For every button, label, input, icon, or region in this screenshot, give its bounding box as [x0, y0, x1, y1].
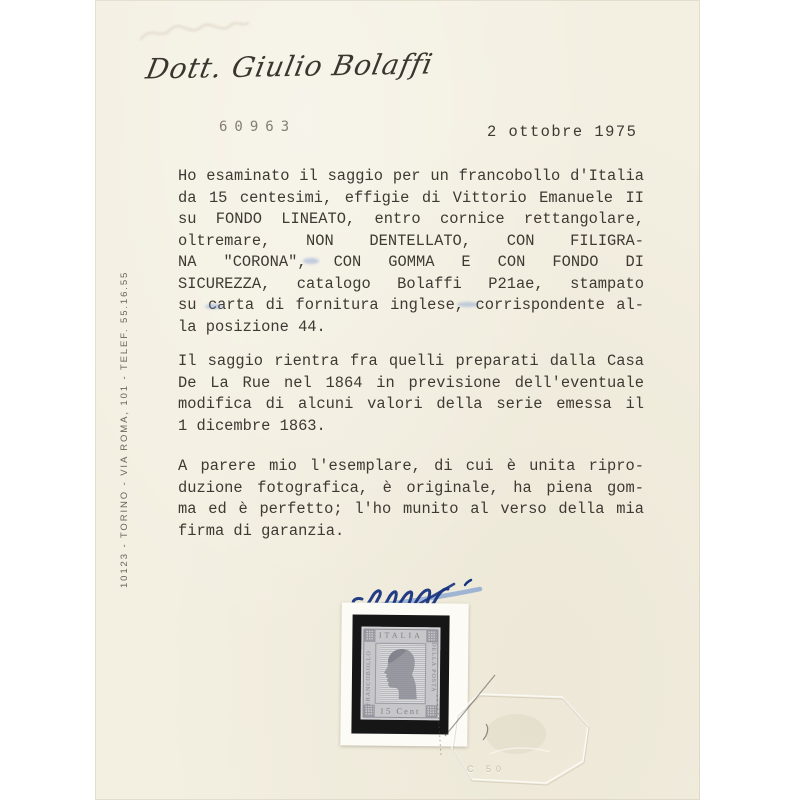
body-line: la posizione 44. — [178, 317, 644, 339]
letterhead-address-vertical: 10123 - TORINO - VIA ROMA, 101 - TELEF. … — [119, 271, 130, 588]
body-line: NA "CORONA", CON GOMMA E CON FONDO DI — [178, 252, 644, 274]
embossed-seal-text: C 50 — [467, 764, 506, 774]
stamp-corner-ornament — [426, 630, 437, 642]
certificate-paper: Dott. Giulio Bolaffi 60963 2 ottobre 197… — [95, 0, 700, 800]
certificate-number: 60963 — [219, 119, 296, 135]
scanned-certificate: Dott. Giulio Bolaffi 60963 2 ottobre 197… — [0, 0, 800, 800]
body-line: Il saggio rientra fra quelli preparati d… — [178, 351, 644, 373]
stamp-corner-ornament — [364, 705, 375, 717]
body-line: A parere mio l'esemplare, di cui è unita… — [178, 456, 644, 478]
certificate-date: 2 ottobre 1975 — [487, 123, 637, 141]
faint-pencil-mark — [135, 15, 255, 51]
stamp-left-label: FRANCOBOLLO — [366, 650, 373, 705]
body-line: duzione fotografica, è originale, ha pie… — [178, 478, 644, 500]
letterhead-name: Dott. Giulio Bolaffi — [143, 48, 436, 86]
body-line: ma ed è perfetto; l'ho munito al verso d… — [178, 499, 644, 521]
stamp-corner-ornament — [364, 630, 375, 642]
body-line: su FONDO LINEATO, entro cornice rettango… — [178, 209, 644, 231]
stamp-country-label: ITALIA — [375, 631, 426, 641]
body-paragraph-2: Il saggio rientra fra quelli preparati d… — [178, 351, 644, 437]
body-line: De La Rue nel 1864 in previsione dell'ev… — [178, 373, 644, 395]
pencil-scan-marks — [415, 648, 525, 763]
body-paragraph-1: Ho esaminato il saggio per un francoboll… — [178, 166, 644, 338]
body-line: Ho esaminato il saggio per un francoboll… — [178, 166, 644, 188]
body-line: da 15 centesimi, effigie di Vittorio Ema… — [178, 188, 644, 210]
body-line: modifica di alcuni valori della serie em… — [178, 394, 644, 416]
ink-smudge — [303, 258, 319, 264]
body-line: firma di garanzia. — [178, 521, 644, 543]
body-paragraph-3: A parere mio l'esemplare, di cui è unita… — [178, 456, 644, 542]
ink-smudge — [205, 304, 223, 309]
body-line: 1 dicembre 1863. — [178, 416, 644, 438]
ink-smudge — [457, 302, 479, 307]
body-line: SICUREZZA, catalogo Bolaffi P21ae, stamp… — [178, 274, 644, 296]
body-line: oltremare, NON DENTELLATO, CON FILIGRA- — [178, 231, 644, 253]
body-line: su carta di fornitura inglese, corrispon… — [178, 295, 644, 317]
